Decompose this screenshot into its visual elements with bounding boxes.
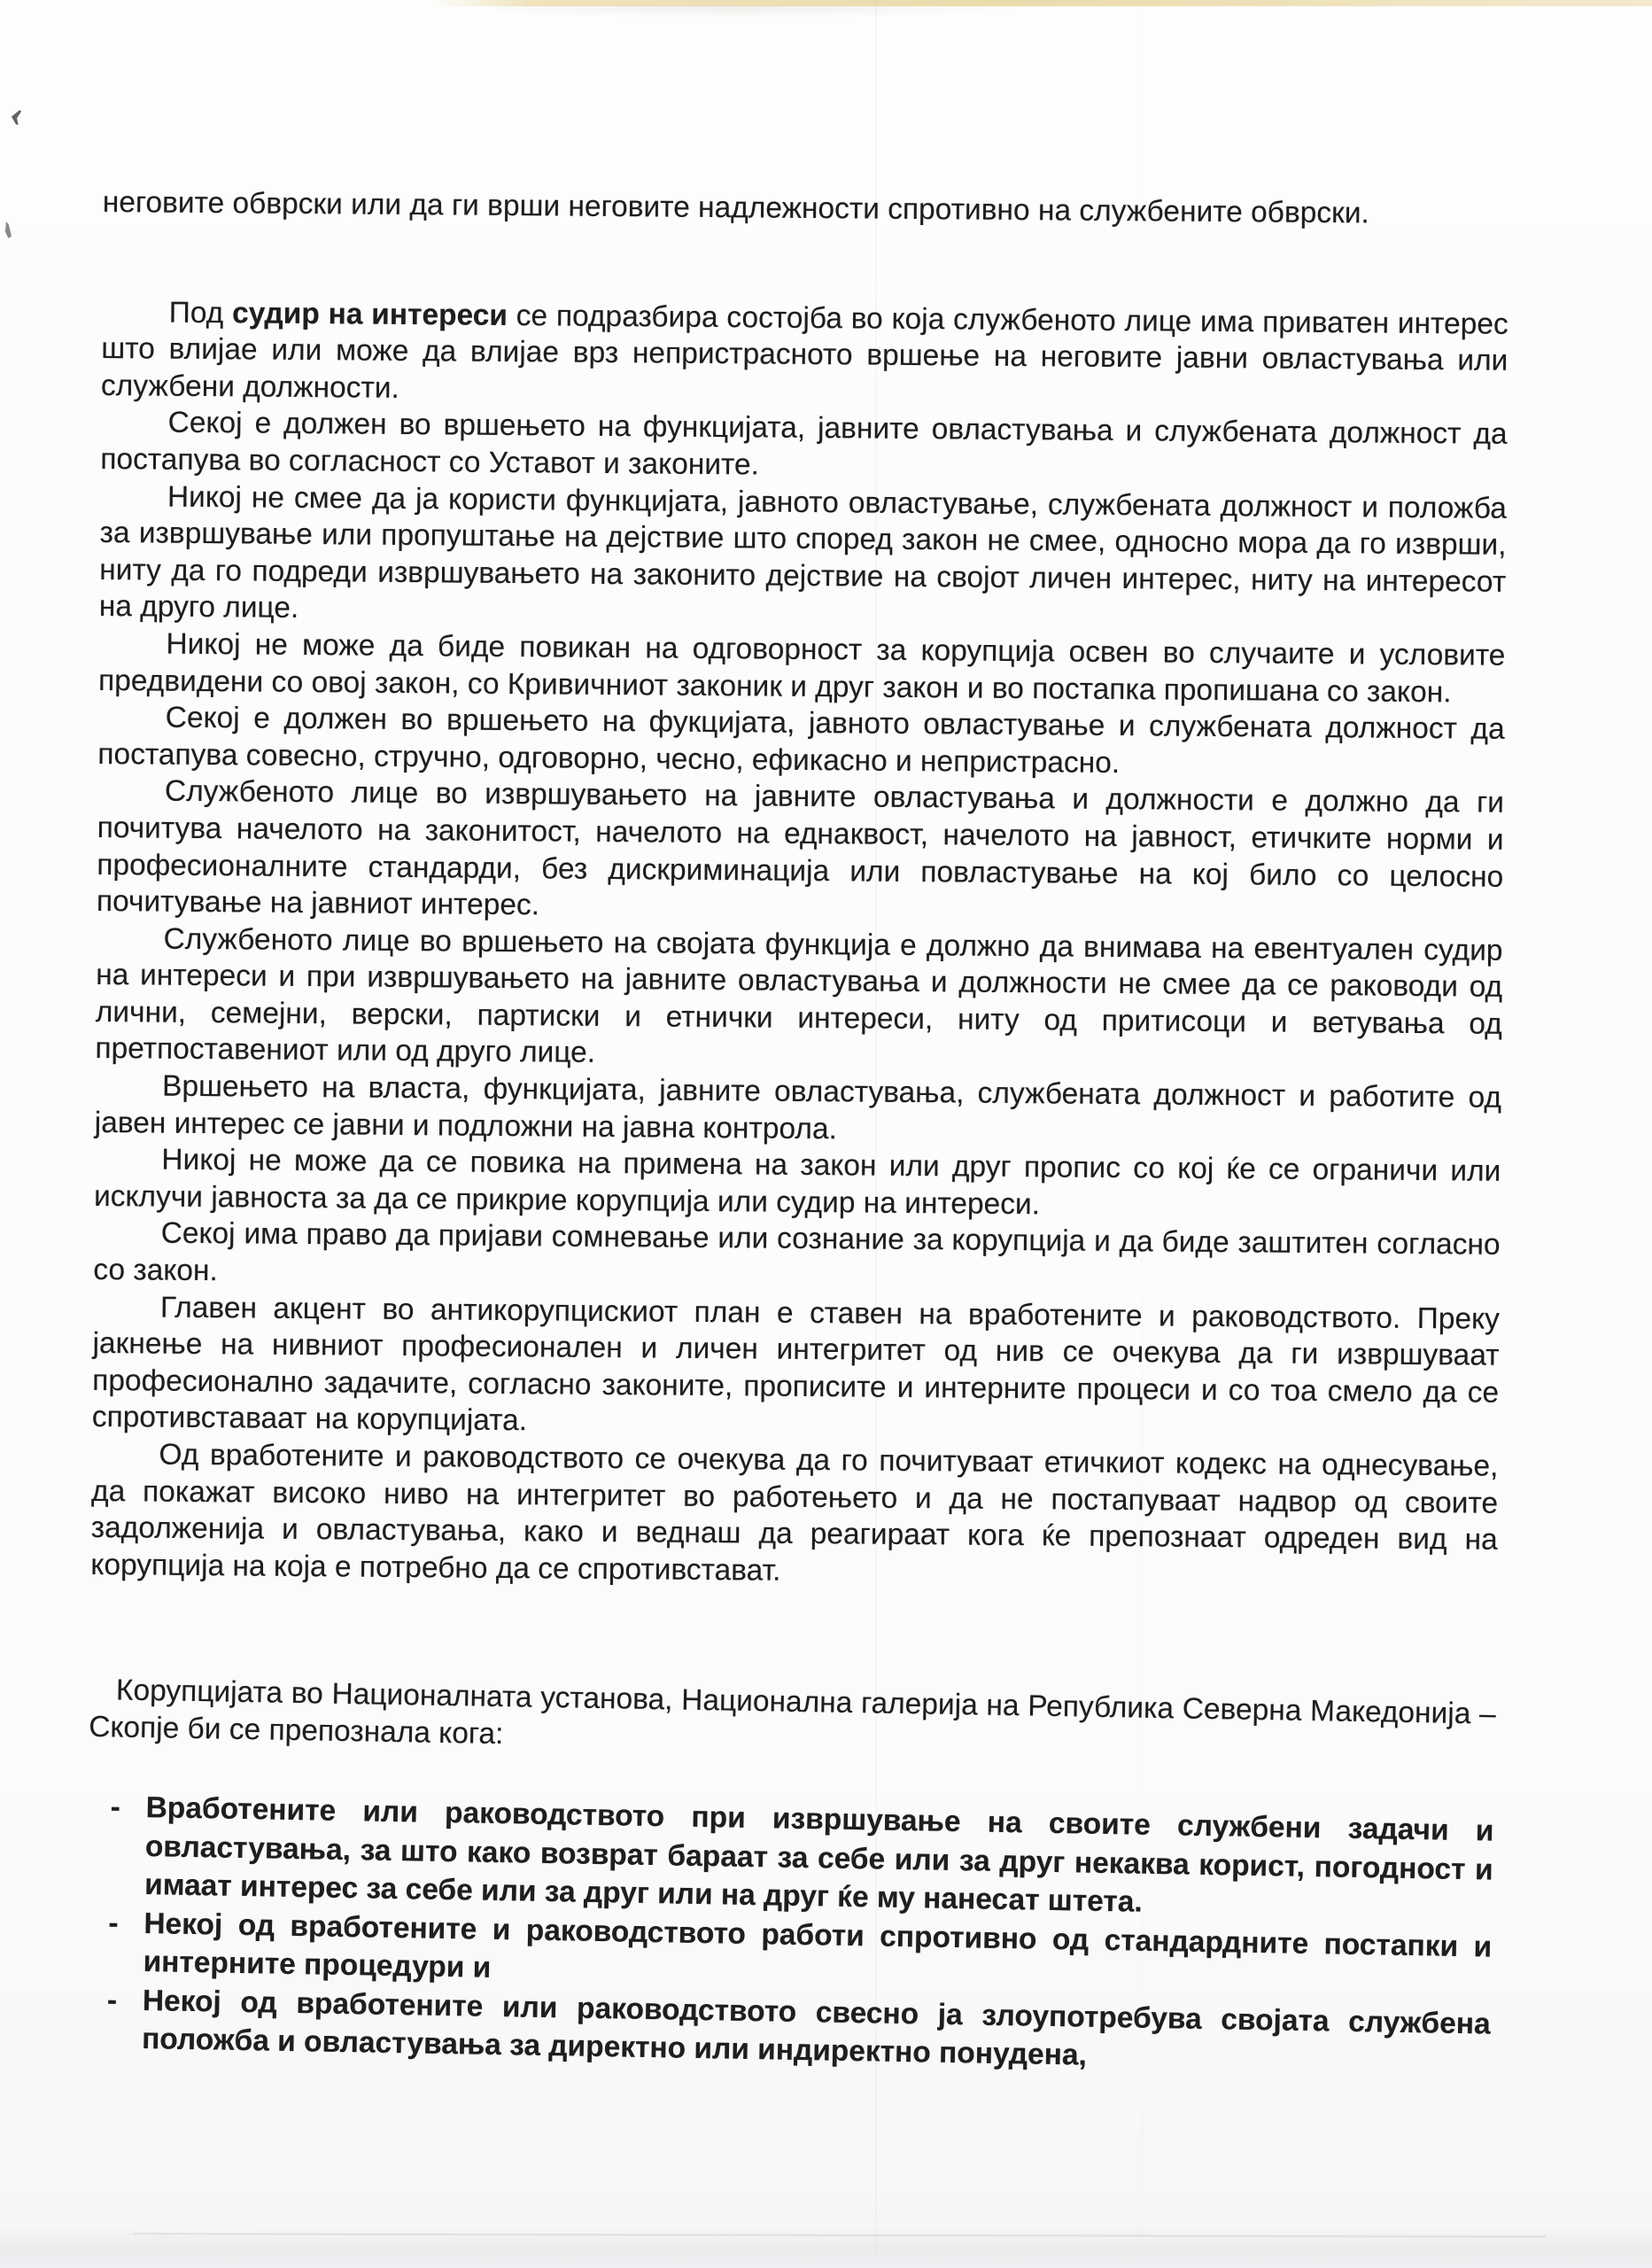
- paragraph: Никој не може да се повика на примена на…: [94, 1141, 1501, 1227]
- scan-bottom-shade: [0, 2225, 1652, 2268]
- bullet-marker: -: [107, 1904, 144, 1982]
- paragraph-continued: неговите обврски или да ги врши неговите…: [103, 184, 1509, 233]
- scan-speck-small: [4, 221, 12, 238]
- scanned-document-page: неговите обврски или да ги врши неговите…: [0, 0, 1652, 2268]
- paragraph: Никој не смее да ја користи функцијата, …: [99, 478, 1507, 638]
- bullet-marker: -: [106, 1981, 143, 2059]
- paragraph: Вршењето на власта, функцијата, јавните …: [95, 1068, 1502, 1153]
- bullet-marker: -: [109, 1789, 146, 1905]
- paragraph: Секој е должен во вршењето на фукцијата,…: [97, 699, 1505, 785]
- scan-smudge: [496, 5, 1028, 18]
- paragraph-intro-corruption-recognition: Корупцијата во Националната установа, На…: [89, 1672, 1496, 1770]
- scan-speck-arrow: [12, 110, 21, 125]
- paragraph-conflict-of-interest: Под судир на интереси се подразбира сост…: [101, 294, 1509, 417]
- paragraph: Секој е должен во вршењето на функцијата…: [100, 404, 1508, 490]
- paragraph: Главен акцент во антикорупцискиот план е…: [92, 1289, 1500, 1449]
- recognition-section: Корупцијата во Националната установа, На…: [83, 1672, 1496, 2082]
- paragraph: Од вработените и раководството се очекув…: [90, 1436, 1498, 1596]
- paragraph: Службеното лице во извршувањето на јавни…: [97, 773, 1504, 932]
- bold-phrase-conflict-of-interest: судир на интереси: [232, 297, 508, 332]
- document-body: неговите обврски или да ги врши неговите…: [87, 184, 1509, 2070]
- paragraph: Службеното лице во вршењето на својата ф…: [95, 920, 1502, 1080]
- paragraph-text: Под: [169, 296, 233, 330]
- paragraph: Секој има право да пријави сомневање или…: [93, 1215, 1501, 1301]
- paragraph: Никој не може да биде повикан на одговор…: [98, 625, 1506, 711]
